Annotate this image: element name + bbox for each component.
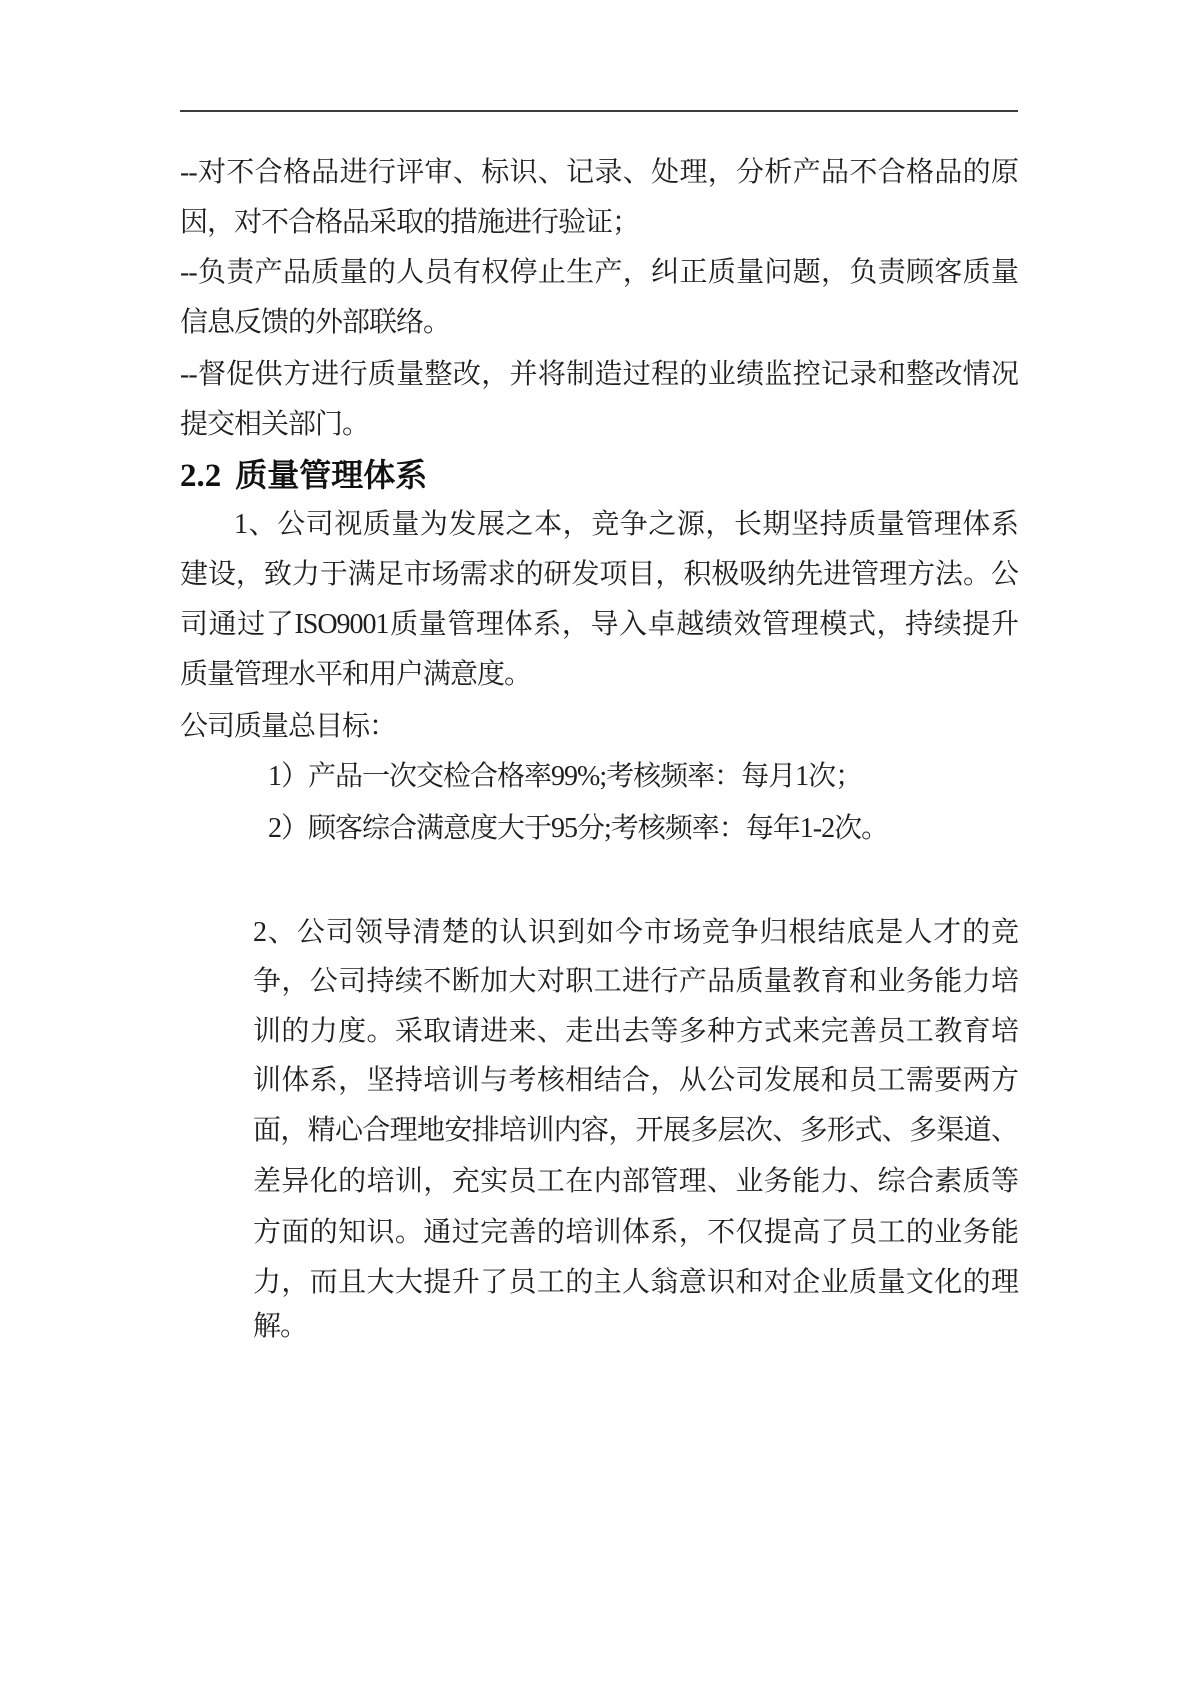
- section-number: 2.2: [180, 458, 221, 494]
- indented-paragraph-line: 方面的知识。通过完善的培训体系，不仅提高了员工的业务能: [253, 1208, 1018, 1258]
- indented-paragraph-line: 力，而且大大提升了员工的主人翁意识和对企业质量文化的理: [253, 1258, 1018, 1308]
- paragraph-line: --对不合格品进行评审、标识、记录、处理，分析产品不合格品的原: [180, 148, 1018, 198]
- paragraph-line: 信息反馈的外部联络。: [180, 298, 1018, 348]
- document-body: --对不合格品进行评审、标识、记录、处理，分析产品不合格品的原 因，对不合格品采…: [180, 0, 1018, 1696]
- indented-paragraph-line: 训的力度。采取请进来、走出去等多种方式来完善员工教育培: [253, 1007, 1018, 1057]
- paragraph-line: --负责产品质量的人员有权停止生产，纠正质量问题，负责顾客质量: [180, 248, 1018, 298]
- document-page: --对不合格品进行评审、标识、记录、处理，分析产品不合格品的原 因，对不合格品采…: [0, 0, 1199, 1696]
- indented-paragraph-line: 解。: [253, 1302, 1018, 1352]
- indented-paragraph-line: 面，精心合理地安排培训内容，开展多层次、多形式、多渠道、: [253, 1106, 1018, 1156]
- paragraph-line: 公司质量总目标：: [180, 702, 1018, 752]
- paragraph-line: 1、公司视质量为发展之本，竞争之源，长期坚持质量管理体系: [180, 500, 1018, 550]
- indented-paragraph-line: 训体系，坚持培训与考核相结合，从公司发展和员工需要两方: [253, 1056, 1018, 1106]
- list-item-line: 1）产品一次交检合格率99%;考核频率：每月1次；: [180, 752, 1018, 802]
- indented-paragraph-line: 争，公司持续不断加大对职工进行产品质量教育和业务能力培: [253, 957, 1018, 1007]
- paragraph-line: 建设，致力于满足市场需求的研发项目，积极吸纳先进管理方法。公: [180, 550, 1018, 600]
- paragraph-line: 司通过了ISO9001质量管理体系，导入卓越绩效管理模式，持续提升: [180, 600, 1018, 650]
- paragraph-line: 质量管理水平和用户满意度。: [180, 650, 1018, 700]
- indented-paragraph-line: 2、公司领导清楚的认识到如今市场竞争归根结底是人才的竞: [253, 908, 1018, 958]
- section-heading: 2.2质量管理体系: [180, 450, 1018, 501]
- list-item-line: 2）顾客综合满意度大于95分;考核频率：每年1-2次。: [180, 804, 1018, 854]
- paragraph-line: 因，对不合格品采取的措施进行验证；: [180, 198, 1018, 248]
- paragraph-line: 提交相关部门。: [180, 400, 1018, 450]
- indented-paragraph-line: 差异化的培训，充实员工在内部管理、业务能力、综合素质等: [253, 1157, 1018, 1207]
- section-title: 质量管理体系: [235, 457, 427, 493]
- paragraph-line: --督促供方进行质量整改，并将制造过程的业绩监控记录和整改情况: [180, 350, 1018, 400]
